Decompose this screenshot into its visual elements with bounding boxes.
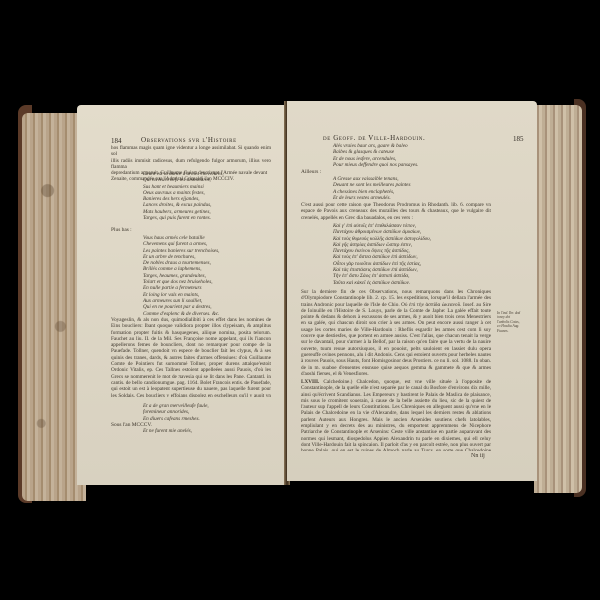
verse-line: Et de leurs vestes armeulés. <box>333 195 523 201</box>
label-ailleurs: Ailleurs : <box>301 169 321 175</box>
page-number-left: 184 <box>111 137 122 145</box>
left-verse-3: Et a de gran merveilleufe faule, foremin… <box>111 403 303 422</box>
verse-line: Pour mieux deffendre quoi nos pansayes. <box>333 162 523 168</box>
catchword: Nn iij <box>471 453 485 459</box>
running-head-left: Observations svr l'Histoire <box>141 137 237 143</box>
left-verse-1: Grant est la dance d'armes chevelures, Q… <box>111 171 303 221</box>
margin-note: In l'ind. Ibr. dod ioney doi l'anbolis C… <box>497 311 523 333</box>
left-verse-4: Et ne furent mie anelés, <box>111 428 303 434</box>
right-page: de Geoff. de Ville-Hardouin. 185 Alés vr… <box>287 101 537 481</box>
right-prose-1: C'est aussi pour cette raison que Theodo… <box>301 202 491 221</box>
left-verse-2: Vous haus armés cele bataille Chevemens … <box>111 235 303 317</box>
running-head-right: de Geoff. de Ville-Hardouin. <box>323 135 425 141</box>
right-verse-2: A Gresse aux vaissaible tenans, Deuant n… <box>301 176 523 201</box>
page-number-right: 185 <box>513 135 524 143</box>
section-text: Calchedoine.) Chalcedon, quoque, est vne… <box>301 379 491 451</box>
right-prose-3: LXVIII. Calchedoine.) Chalcedon, quoque,… <box>301 379 491 451</box>
label-plus-bas: Plus bas : <box>111 227 132 233</box>
right-prose-2: Sur la derniere fin de ces Observations,… <box>301 289 491 377</box>
page-edges-right <box>534 105 582 493</box>
verse-line: Ταῦτα καὶ κἀκεῖ ἐς ἀσπίδων ἀσπίδων. <box>333 280 523 286</box>
verse-line: Targes, qui puis furent en rontes. <box>143 215 303 221</box>
intro-line: illis radiis immisit radicesus, dum refu… <box>111 158 271 171</box>
verse-line: Comme d'esplenc & de diverses. &c. <box>143 311 303 317</box>
intro-line: hos flammas magis quam igne videntur a l… <box>111 145 271 158</box>
verse-line: Et ne furent mie anelés, <box>143 428 303 434</box>
right-verse-1: Alés vraies baur ars, gaare & baleo Baib… <box>301 143 523 168</box>
verse-line: En diuers cafeans rmeshes. <box>143 416 303 422</box>
open-book: 184 Observations svr l'Histoire hos flam… <box>22 105 582 503</box>
left-prose: Voyageslin, & als non dus, quimodialibit… <box>111 317 271 397</box>
left-page: 184 Observations svr l'Histoire hos flam… <box>77 105 287 485</box>
greek-verse: Καὶ γ' ἐπὶ αὐτοῖς ἐπ' ἐπιθαλάσσαν τόπον,… <box>301 223 523 286</box>
